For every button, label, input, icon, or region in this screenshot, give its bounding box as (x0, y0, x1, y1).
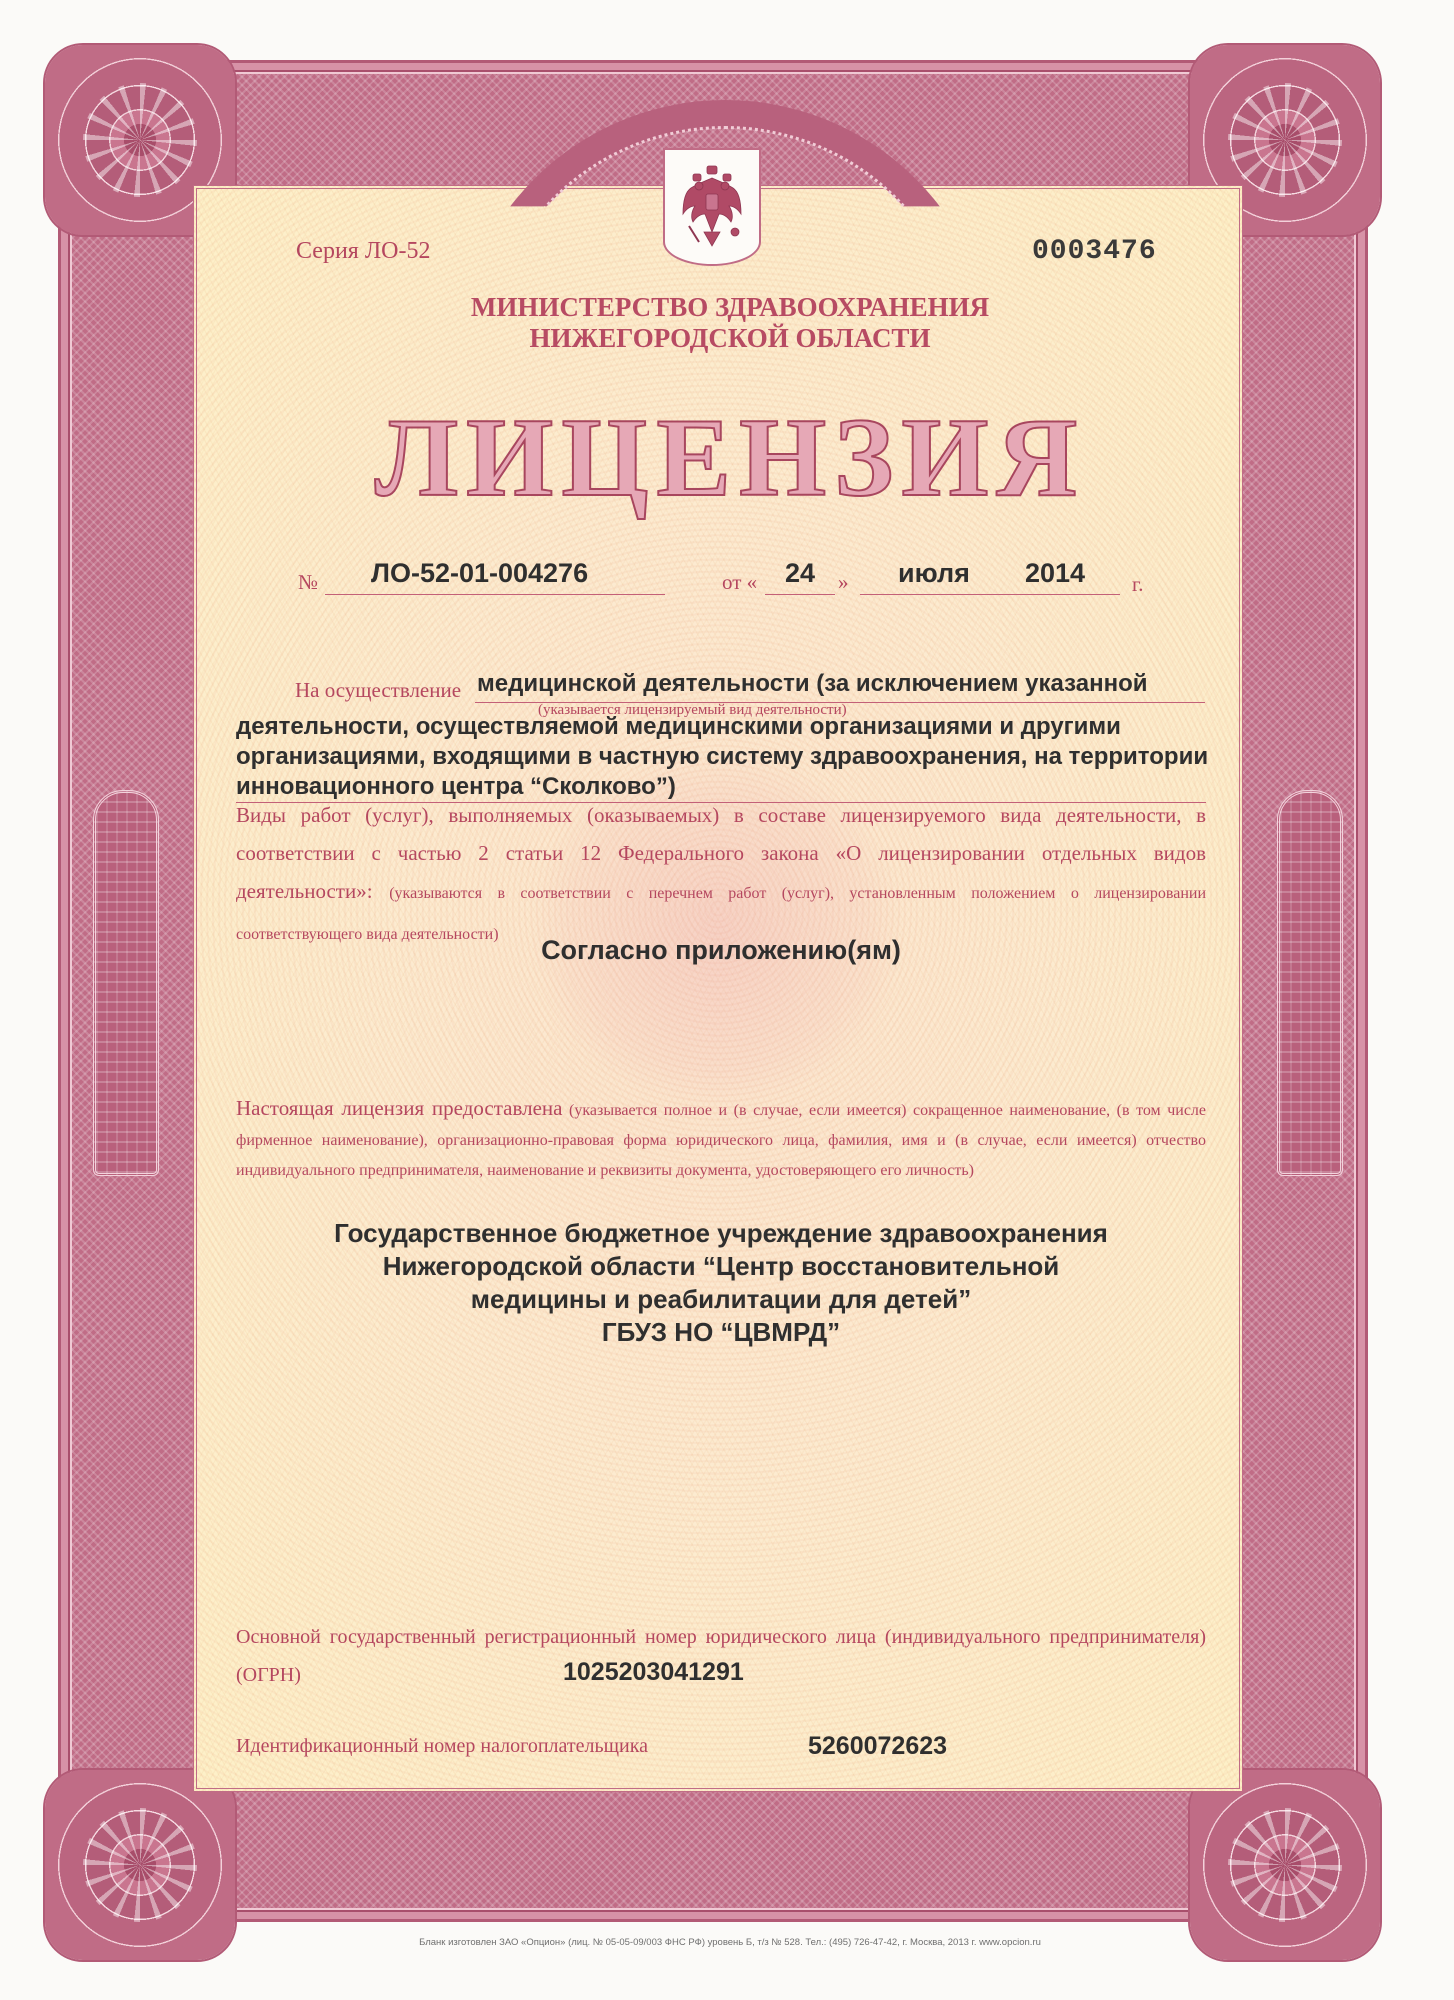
date-month: июля (898, 558, 970, 589)
right-side-ornament (1277, 790, 1343, 1176)
works-description: Виды работ (услуг), выполняемых (оказыва… (236, 796, 1206, 954)
licensee-name-line-1: Государственное бюджетное учреждение здр… (236, 1217, 1206, 1250)
number-sign: № (298, 570, 318, 595)
licensee-name: Государственное бюджетное учреждение здр… (236, 1217, 1206, 1349)
double-headed-eagle-icon (677, 162, 747, 252)
ministry-line-2: НИЖЕГОРОДСКОЙ ОБЛАСТИ (300, 323, 1160, 354)
activity-value-continued: деятельности, осуществляемой медицинским… (236, 712, 1208, 803)
activity-field-line-1: медицинской деятельности (за исключением… (475, 670, 1205, 703)
issuing-authority: МИНИСТЕРСТВО ЗДРАВООХРАНЕНИЯ НИЖЕГОРОДСК… (300, 292, 1160, 354)
coat-of-arms-icon (663, 148, 761, 266)
date-month-year-field: июля 2014 (860, 558, 1120, 595)
activity-value-line-2: деятельности, осуществляемой медицинским… (236, 712, 1208, 742)
blank-serial-number: 0003476 (1032, 236, 1157, 267)
ministry-line-1: МИНИСТЕРСТВО ЗДРАВООХРАНЕНИЯ (300, 292, 1160, 323)
date-year: 2014 (1025, 558, 1085, 589)
licensee-name-line-2: Нижегородской области “Центр восстановит… (236, 1250, 1206, 1283)
activity-value-line-3: организациями, входящими в частную систе… (236, 742, 1208, 772)
inn-value: 5260072623 (808, 1732, 947, 1761)
licensee-name-line-4: ГБУЗ НО “ЦВМРД” (236, 1316, 1206, 1349)
printer-imprint: Бланк изготовлен ЗАО «Опцион» (лиц. № 05… (380, 1937, 1080, 1948)
left-side-ornament (93, 790, 159, 1176)
date-day: 24 (785, 558, 815, 588)
licensee-name-line-3: медицины и реабилитации для детей” (236, 1283, 1206, 1316)
inn-label: Идентификационный номер налогоплательщик… (236, 1735, 648, 1758)
series-label: Серия ЛО-52 (296, 238, 430, 265)
licensee-description: Настоящая лицензия предоставлена (указыв… (236, 1093, 1206, 1186)
corner-rosette-bottom-left (45, 1770, 235, 1960)
date-day-close: » (838, 570, 849, 595)
year-suffix: г. (1132, 572, 1144, 597)
activity-value-line-1: медицинской деятельности (за исключением… (477, 670, 1147, 698)
license-number: ЛО-52-01-004276 (371, 558, 588, 589)
corner-rosette-bottom-right (1190, 1770, 1380, 1960)
document-title: ЛИЦЕНЗИЯ (300, 398, 1160, 518)
date-prefix: от « (722, 570, 757, 595)
date-day-field: 24 (765, 558, 835, 595)
license-number-field: ЛО-52-01-004276 (325, 558, 665, 595)
ogrn-value: 1025203041291 (563, 1658, 744, 1687)
activity-label: На осуществление (295, 678, 461, 703)
licensee-label: Настоящая лицензия предоставлена (236, 1096, 562, 1120)
works-value: Согласно приложению(ям) (236, 935, 1206, 966)
